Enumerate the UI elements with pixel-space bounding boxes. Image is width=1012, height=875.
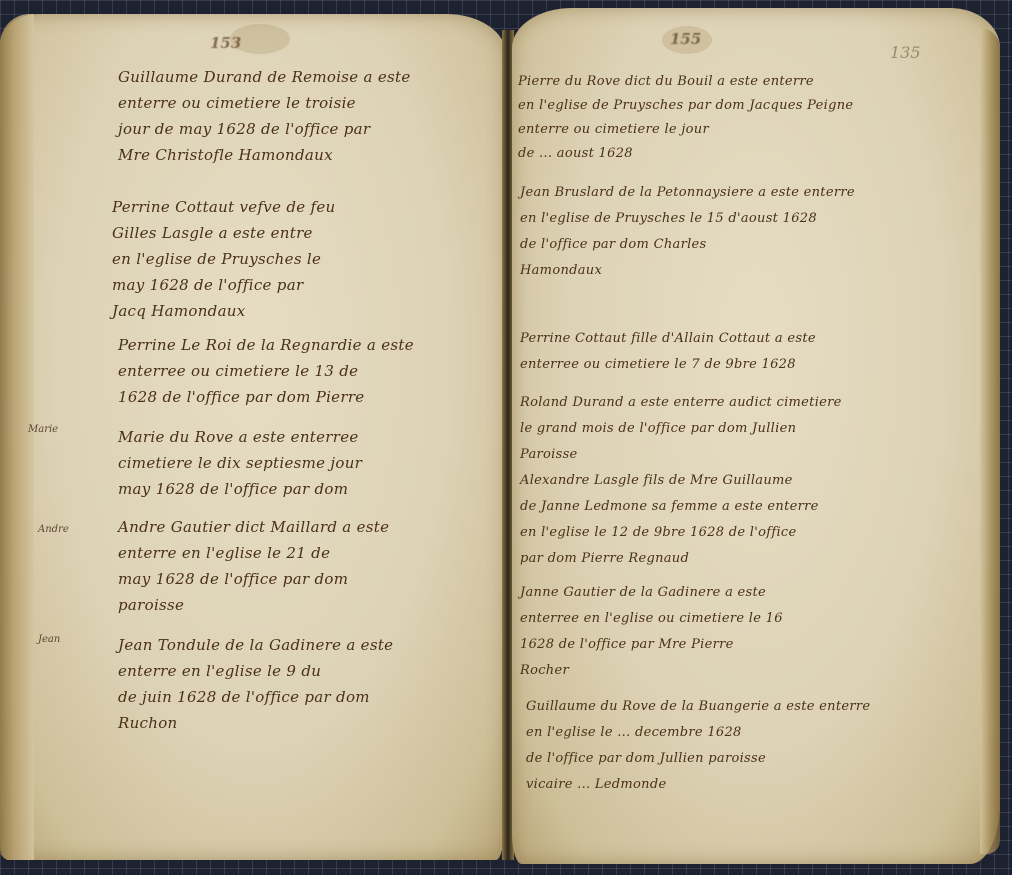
margin-note: Andre [38,524,69,535]
folio-number-pencil: 135 [890,43,921,62]
register-entry: Guillaume du Rove de la Buangerie a este… [526,694,870,798]
register-entry: Janne Gautier de la Gadinere a este ente… [520,580,783,684]
register-entry: Jean Bruslard de la Petonnaysiere a este… [520,180,855,284]
register-entry: Perrine Le Roi de la Regnardie a este en… [118,332,414,410]
left-page: 153 Marie Andre Jean Guillaume Durand de… [0,14,506,860]
register-entry: Roland Durand a este enterre audict cime… [520,390,842,468]
register-entry: Perrine Cottaut vefve de feu Gilles Lasg… [112,194,335,324]
folio-number-stamp: 155 [670,30,701,48]
register-entry: Perrine Cottaut fille d'Allain Cottaut a… [520,326,816,378]
register-entry: Jean Tondule de la Gadinere a este enter… [118,632,393,736]
register-entry: Andre Gautier dict Maillard a este enter… [118,514,389,618]
register-entry: Alexandre Lasgle fils de Mre Guillaume d… [520,468,819,572]
register-entry: Pierre du Rove dict du Bouil a este ente… [518,70,853,166]
register-entry: Guillaume Durand de Remoise a este enter… [118,64,411,168]
folio-number: 153 [210,34,241,52]
open-register-photo: 153 Marie Andre Jean Guillaume Durand de… [0,0,1012,875]
register-entry: Marie du Rove a este enterree cimetiere … [118,424,362,502]
right-page: 155 135 Pierre du Rove dict du Bouil a e… [512,8,1000,864]
margin-note: Marie [28,424,58,435]
margin-note: Jean [38,634,60,645]
